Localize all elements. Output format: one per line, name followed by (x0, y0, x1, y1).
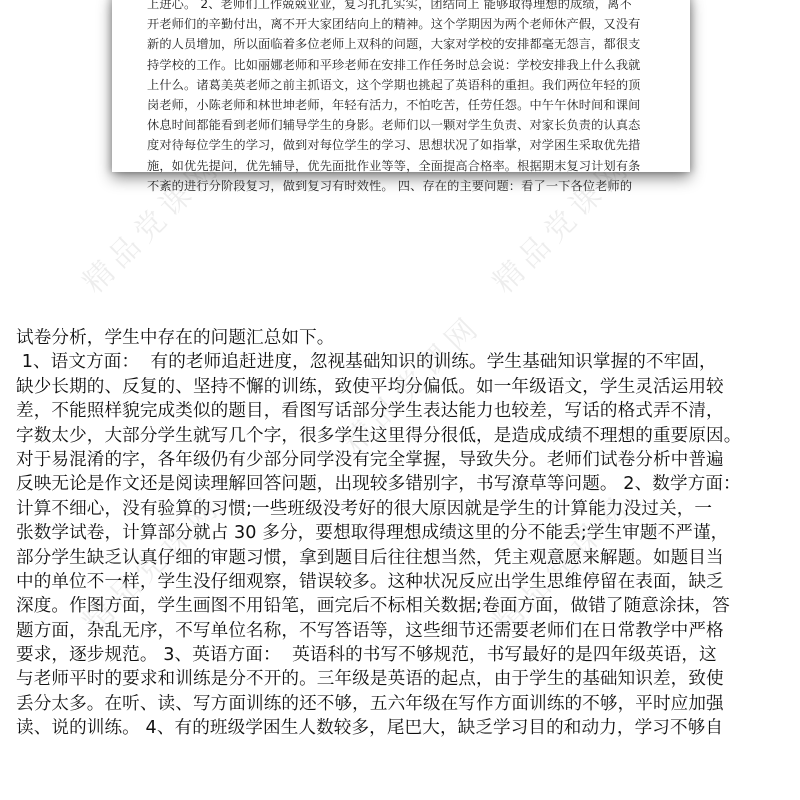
text-line: 新的人员增加，所以面临着多位老师上双科的问题，大家对学校的安排都毫无怨言，都很支 (147, 34, 657, 54)
text-line: 部分学生缺乏认真仔细的审题习惯，拿到题目后往往想当然，凭主观意愿来解题。如题目当 (16, 546, 788, 570)
text-line: 深度。作图方面，学生画图不用铅笔，画完后不标相关数据;卷面方面，做错了随意涂抹，… (16, 594, 788, 618)
text-line: 缺少长期的、反复的、坚持不懈的训练，致使平均分偏低。如一年级语文，学生灵活运用较 (16, 375, 788, 399)
text-line: 张数学试卷，计算部分就占 30 多分，要想取得理想成绩这里的分不能丢;学生审题不… (16, 521, 788, 545)
text-line: 反映无论是作文还是阅读理解回答问题，出现较多错别字，书写潦草等问题。 2、数学方… (16, 472, 788, 496)
text-line: 与老师平时的要求和训练是分不开的。三年级是英语的起点，由于学生的基础知识差，致使 (16, 667, 788, 691)
text-line: 要求，逐步规范。 3、英语方面： 英语科的书写不够规范，书写最好的是四年级英语，… (16, 643, 788, 667)
text-line: 持学校的工作。比如丽娜老师和平珍老师在安排工作任务时总会说：学校安排我上什么我就 (147, 55, 657, 75)
text-line: 中的单位不一样，学生没仔细观察，错误较多。这种状况反应出学生思维停留在表面，缺乏 (16, 570, 788, 594)
body-text: 试卷分析，学生中存在的问题汇总如下。 1、语文方面： 有的老师追赶进度，忽视基础… (16, 326, 788, 741)
text-line: 休息时间都能看到老师们辅导学生的身影。老师们以一颗对学生负责、对家长负责的认真态 (147, 115, 657, 135)
text-line: 上进心。 2、老师们工作兢兢业业，复习扎扎实实，团结向上 能够取得理想的成绩，离… (147, 0, 657, 14)
text-line: 施，如优先提问，优先辅导，优先面批作业等等，全面提高合格率。根据期末复习计划有条 (147, 156, 657, 176)
page-preview-text: 上进心。 2、老师们工作兢兢业业，复习扎扎实实，团结向上 能够取得理想的成绩，离… (147, 0, 657, 196)
text-line: 对于易混淆的字，各年级仍有少部分同学没有完全掌握，导致失分。老师们试卷分析中普遍 (16, 448, 788, 472)
text-line: 度对待每位学生的学习，做到对每位学生的学习、思想状况了如指掌，对学困生采取优先措 (147, 135, 657, 155)
text-line: 差，不能照样貌完成类似的题目，看图写话部分学生表达能力也较差，写话的格式弄不清， (16, 399, 788, 423)
text-line: 不紊的进行分阶段复习，做到复习有时效性。 四、存在的主要问题：看了一下各位老师的 (147, 176, 657, 196)
text-line: 字数太少，大部分学生就写几个字，很多学生这里得分很低，是造成成绩不理想的重要原因… (16, 424, 788, 448)
text-line: 上什么。诸葛美英老师之前主抓语文，这个学期也挑起了英语科的重担。我们两位年轻的顶 (147, 75, 657, 95)
text-line: 读、说的训练。 4、有的班级学困生人数较多，尾巴大，缺乏学习目的和动力，学习不够… (16, 716, 788, 740)
text-line: 1、语文方面： 有的老师追赶进度，忽视基础知识的训练。学生基础知识掌握的不牢固， (16, 350, 788, 374)
text-line: 丢分太多。在听、读、写方面训练的还不够，五六年级在写作方面训练的不够，平时应加强 (16, 692, 788, 716)
document-page-preview: 上进心。 2、老师们工作兢兢业业，复习扎扎实实，团结向上 能够取得理想的成绩，离… (112, 0, 690, 172)
text-line: 题方面，杂乱无序，不写单位名称，不写答语等，这些细节还需要老师们在日常教学中严格 (16, 619, 788, 643)
text-line: 试卷分析，学生中存在的问题汇总如下。 (16, 326, 788, 350)
text-line: 计算不细心，没有验算的习惯;一些班级没考好的很大原因就是学生的计算能力没过关，一 (16, 497, 788, 521)
text-line: 岗老师，小陈老师和林世坤老师，年轻有活力，不怕吃苦，任劳任怨。中午午休时间和课间 (147, 95, 657, 115)
text-line: 开老师们的辛勤付出，离不开大家团结向上的精神。这个学期因为两个老师休产假，又没有 (147, 14, 657, 34)
